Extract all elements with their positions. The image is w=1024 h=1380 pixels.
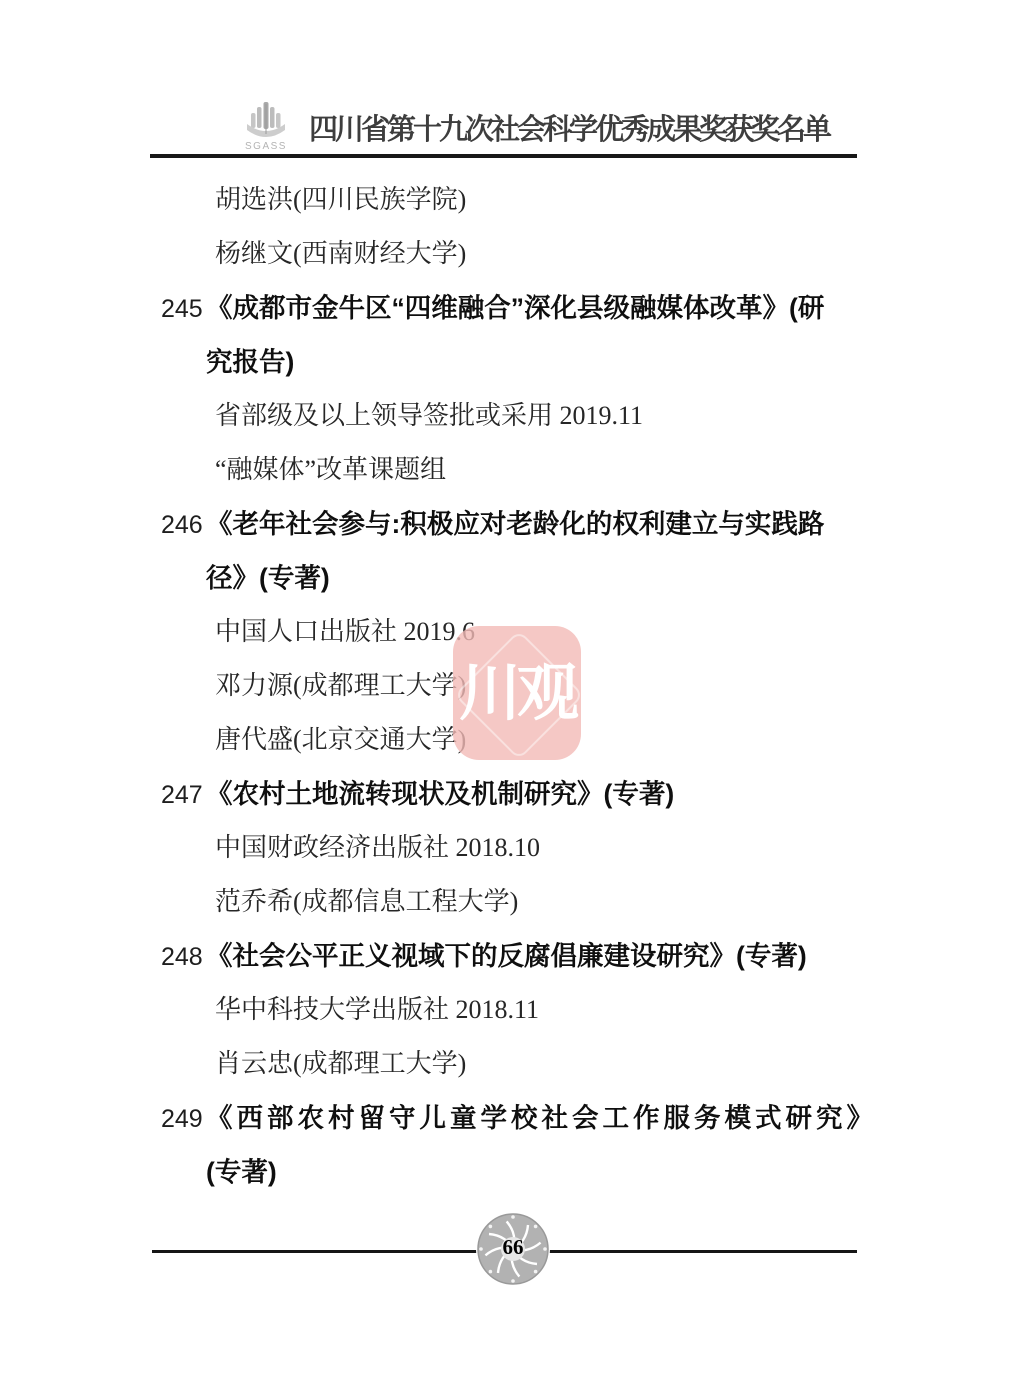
list-item-entry: 249《西部农村留守儿童学校社会工作服务模式研究》 — [0, 1091, 1024, 1145]
list-item-entry: 究报告) — [0, 335, 1024, 389]
sgass-logo-label: SGASS — [240, 141, 292, 152]
detail-text: 省部级及以上领导签批或采用 2019.11 — [215, 401, 643, 430]
detail-text: 杨继文(西南财经大学) — [215, 239, 466, 268]
header-divider — [150, 154, 857, 158]
detail-text: 范乔希(成都信息工程大学) — [215, 887, 518, 916]
detail-text: 华中科技大学出版社 2018.11 — [215, 995, 539, 1024]
list-item-entry: 径》(专著) — [0, 551, 1024, 605]
detail-text: 邓力源(成都理工大学) — [215, 671, 466, 700]
entry-title-text: 《西部农村留守儿童学校社会工作服务模式研究》 — [206, 1103, 877, 1133]
chuanguan-watermark: 川观 — [453, 626, 581, 760]
list-item-entry: 246《老年社会参与:积极应对老龄化的权利建立与实践路 — [0, 497, 1024, 551]
detail-text: 胡选洪(四川民族学院) — [215, 185, 466, 214]
list-item-detail: 华中科技大学出版社 2018.11 — [0, 983, 1024, 1037]
list-item-entry: 248《社会公平正义视域下的反腐倡廉建设研究》(专著) — [0, 929, 1024, 983]
phoenix-medallion-icon: 66 — [476, 1212, 550, 1286]
list-item-detail: 中国财政经济出版社 2018.10 — [0, 821, 1024, 875]
watermark-text: 川观 — [453, 656, 581, 730]
entry-number: 248 — [161, 930, 206, 984]
list-item-entry: 245《成都市金牛区“四维融合”深化县级融媒体改革》(研 — [0, 281, 1024, 335]
list-item-detail: 胡选洪(四川民族学院) — [0, 173, 1024, 227]
detail-text: 唐代盛(北京交通大学) — [215, 725, 466, 754]
detail-text: 中国财政经济出版社 2018.10 — [215, 833, 540, 862]
list-item-detail: 省部级及以上领导签批或采用 2019.11 — [0, 389, 1024, 443]
detail-text: “融媒体”改革课题组 — [215, 455, 446, 484]
page-number: 66 — [476, 1235, 550, 1260]
list-item-detail: 肖云忠(成都理工大学) — [0, 1037, 1024, 1091]
entry-title-text: 《成都市金牛区“四维融合”深化县级融媒体改革》(研 — [206, 293, 824, 323]
entry-number: 246 — [161, 498, 206, 552]
entry-title-text: (专著) — [206, 1157, 277, 1187]
entry-title-text: 《社会公平正义视域下的反腐倡廉建设研究》(专著) — [206, 941, 807, 971]
list-item-entry: (专著) — [0, 1145, 1024, 1199]
page-title: 四川省第十九次社会科学优秀成果奖获奖名单 — [309, 107, 829, 148]
list-item-detail: 杨继文(西南财经大学) — [0, 227, 1024, 281]
sgass-logo: SGASS — [240, 98, 292, 152]
list-item-detail: 范乔希(成都信息工程大学) — [0, 875, 1024, 929]
document-page: SGASS 四川省第十九次社会科学优秀成果奖获奖名单 胡选洪(四川民族学院)杨继… — [0, 0, 1024, 1380]
sgass-building-icon — [244, 98, 288, 140]
detail-text: 中国人口出版社 2019.6 — [215, 617, 475, 646]
detail-text: 肖云忠(成都理工大学) — [215, 1049, 466, 1078]
entry-title-text: 《农村土地流转现状及机制研究》(专著) — [206, 779, 674, 809]
entry-title-text: 究报告) — [206, 347, 294, 377]
entry-title-text: 《老年社会参与:积极应对老龄化的权利建立与实践路 — [206, 509, 824, 539]
entry-number: 247 — [161, 768, 206, 822]
entry-number: 249 — [161, 1092, 206, 1146]
list-item-detail: “融媒体”改革课题组 — [0, 443, 1024, 497]
entry-number: 245 — [161, 282, 206, 336]
entry-title-text: 径》(专著) — [206, 563, 330, 593]
list-item-entry: 247《农村土地流转现状及机制研究》(专著) — [0, 767, 1024, 821]
